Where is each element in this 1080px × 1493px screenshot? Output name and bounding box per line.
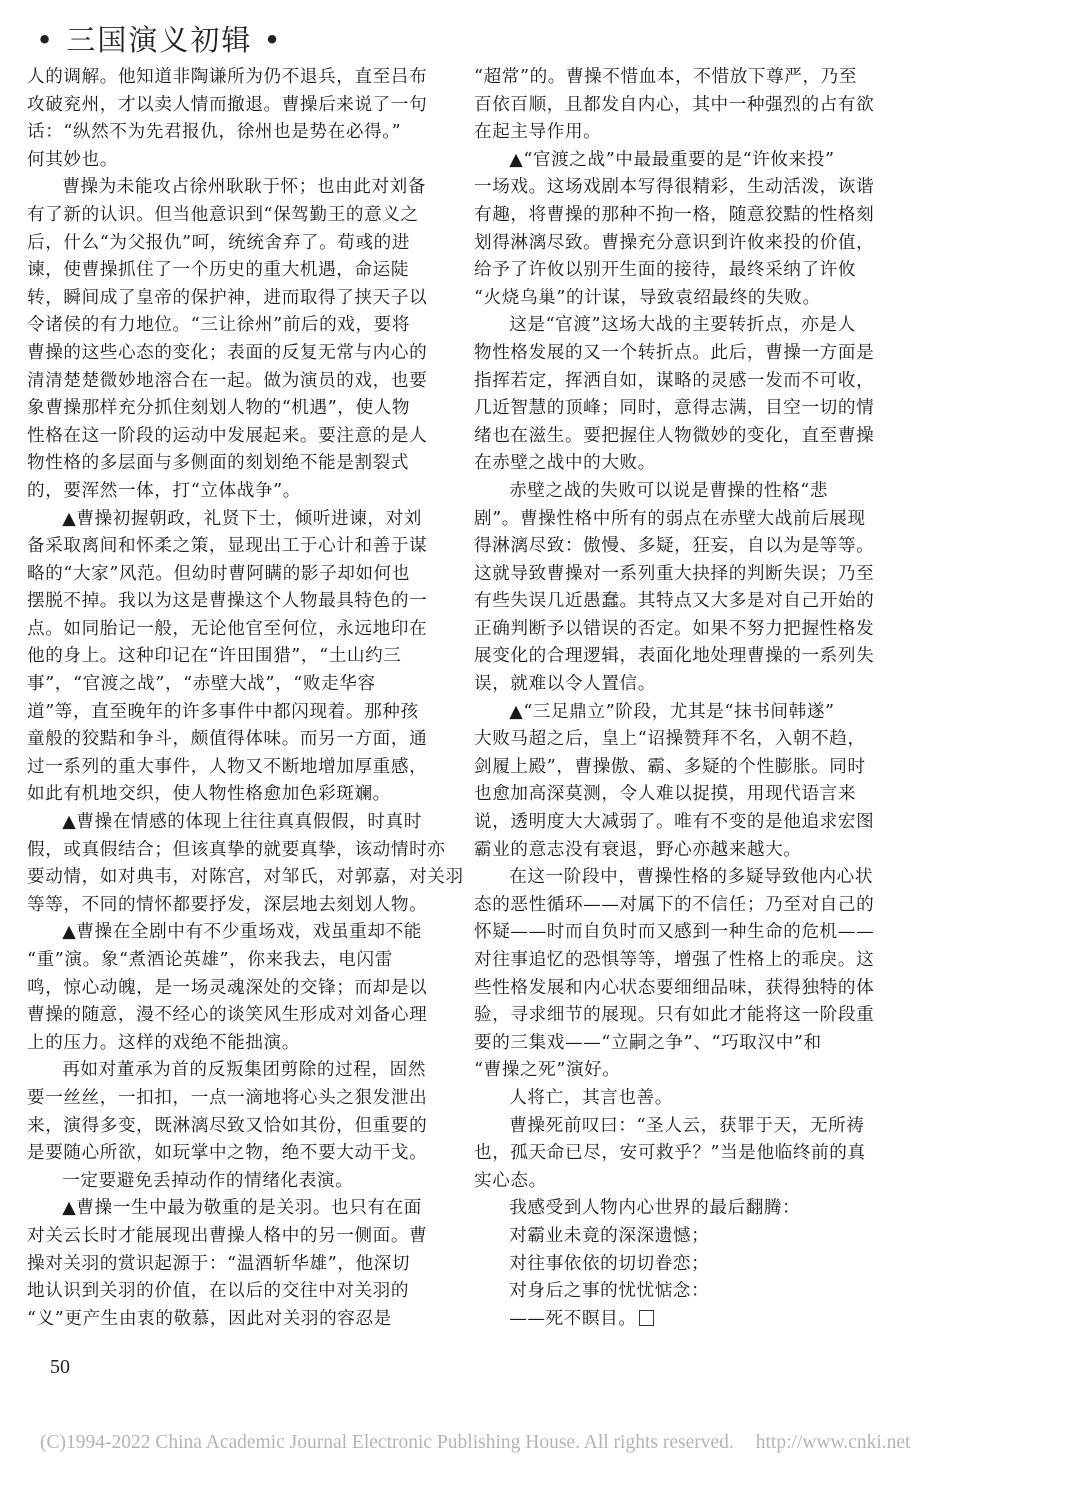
paragraph: ▲曹操初握朝政，礼贤下士，倾听进谏，对刘备采取离间和怀柔之策，显现出工于心计和善… [27,506,437,810]
text-line: 是要随心所欲，如玩掌中之物，绝不要大动干戈。 [27,1140,437,1168]
text-line: 对关云长时才能展现出曹操人格中的另一侧面。曹 [27,1223,437,1251]
page-number: 50 [50,1356,70,1379]
text-line: 这是“官渡”这场大战的主要转折点，亦是人 [474,312,879,340]
text-line: 地认识到关羽的价值，在以后的交往中对关羽的 [27,1278,437,1306]
text-line: 有趣，将曹操的那种不拘一格，随意狡黠的性格刻 [474,202,879,230]
right-column: “超常”的。曹操不惜血本，不惜放下尊严，乃至百依百顺，且都发自内心，其中一种强烈… [474,64,879,1333]
cnki-url[interactable]: http://www.cnki.net [756,1432,911,1453]
text-line: 展变化的合理逻辑，表面化地处理曹操的一系列失 [474,643,879,671]
text-line: 要一丝丝，一扣扣，一点一滴地将心头之狠发泄出 [27,1085,437,1113]
text-line: 话：“纵然不为先君报仇，徐州也是势在必得。” [27,119,437,147]
text-line: 曹操为未能攻占徐州耿耿于怀；也由此对刘备 [27,174,437,202]
text-line: “曹操之死”演好。 [474,1057,879,1085]
text-line: 清清楚楚微妙地溶合在一起。做为演员的戏，也要 [27,368,437,396]
text-line: “义”更产生由衷的敬慕，因此对关羽的容忍是 [27,1306,437,1334]
text-line: 也，孤天命已尽，安可救乎？”当是他临终前的真 [474,1140,879,1168]
text-line: 对往事依依的切切眷恋； [474,1251,879,1279]
paragraph: 在这一阶段中，曹操性格的多疑导致他内心状态的恶性循环——对属下的不信任；乃至对自… [474,864,879,1085]
text-line: 备采取离间和怀柔之策，显现出工于心计和善于谋 [27,533,437,561]
paragraph: ——死不瞑目。 [474,1306,879,1334]
paragraph: ▲曹操在全剧中有不少重场戏，戏虽重却不能“重”演。象“煮酒论英雄”，你来我去，电… [27,919,437,1057]
text-line: 童般的狡黠和争斗，颇值得体味。而另一方面，通 [27,726,437,754]
text-line: 物性格的多层面与多侧面的刻划绝不能是割裂式 [27,450,437,478]
paragraph: 对身后之事的忧忧惦念： [474,1278,879,1306]
text-line: 要的三集戏——“立嗣之争”、“巧取汉中”和 [474,1030,879,1058]
paragraph: ▲“三足鼎立”阶段，尤其是“抹书间韩遂”大败马超之后，皇上“诏操赞拜不名，入朝不… [474,699,879,865]
text-line: 说，透明度大大减弱了。唯有不变的是他追求宏图 [474,809,879,837]
text-line: 何其妙也。 [27,147,437,175]
text-line: 对霸业未竟的深深遗憾； [474,1223,879,1251]
paragraph: ▲曹操在情感的体现上往往真真假假，时真时假，或真假结合；但该真挚的就要真挚，该动… [27,809,437,919]
text-line: 实心态。 [474,1168,879,1196]
text-line: 略的“大家”风范。但幼时曹阿瞒的影子却如何也 [27,561,437,589]
text-line: 绪也在滋生。要把握住人物微妙的变化，直至曹操 [474,423,879,451]
paragraph: “超常”的。曹操不惜血本，不惜放下尊严，乃至百依百顺，且都发自内心，其中一种强烈… [474,64,879,147]
text-line: ▲曹操在全剧中有不少重场戏，戏虽重却不能 [27,919,437,947]
text-line: 人将亡，其言也善。 [474,1085,879,1113]
text-line: 一场戏。这场戏剧本写得很精彩，生动活泼，诙谐 [474,174,879,202]
text-line: 百依百顺，且都发自内心，其中一种强烈的占有欲 [474,92,879,120]
text-line: ▲“三足鼎立”阶段，尤其是“抹书间韩遂” [474,699,879,727]
text-line: 后，什么“为父报仇”呵，统统舍弃了。荀彧的进 [27,230,437,258]
text-line: 过一系列的重大事件，人物又不断地增加厚重感， [27,754,437,782]
paragraph: 这是“官渡”这场大战的主要转折点，亦是人物性格发展的又一个转折点。此后，曹操一方… [474,312,879,478]
text-line: 在起主导作用。 [474,119,879,147]
text-line: ——死不瞑目。 [474,1306,879,1334]
text-line: 假，或真假结合；但该真挚的就要真挚，该动情时亦 [27,837,437,865]
text-line: 人的调解。他知道非陶谦所为仍不退兵，直至吕布 [27,64,437,92]
text-line: 要动情，如对典韦，对陈宫，对邹氏，对郭嘉，对关羽 [27,864,437,892]
text-line: 道”等，直至晚年的许多事件中都闪现着。那种孩 [27,699,437,727]
text-line: 得淋漓尽致：傲慢、多疑，狂妄，自以为是等等。 [474,533,879,561]
text-line: 曹操的这些心态的变化；表面的反复无常与内心的 [27,340,437,368]
text-line: 误，就难以令人置信。 [474,671,879,699]
text-line: 谏，使曹操抓住了一个历史的重大机遇，命运陡 [27,257,437,285]
text-line: 的，要浑然一体，打“立体战争”。 [27,478,437,506]
text-line: 摆脱不掉。我以为这是曹操这个人物最具特色的一 [27,588,437,616]
text-line: 象曹操那样充分抓住刻划人物的“机遇”，使人物 [27,395,437,423]
text-line: 态的恶性循环——对属下的不信任；乃至对自己的 [474,892,879,920]
text-line: 等等，不同的情怀都要抒发，深层地去刻划人物。 [27,892,437,920]
text-line: “超常”的。曹操不惜血本，不惜放下尊严，乃至 [474,64,879,92]
text-line: 些性格发展和内心状态要细细品味，获得独特的体 [474,975,879,1003]
text-line: ▲曹操初握朝政，礼贤下士，倾听进谏，对刘 [27,506,437,534]
text-line: 有些失误几近愚蠢。其特点又大多是对自己开始的 [474,588,879,616]
end-of-article-mark-icon [639,1310,654,1326]
text-line: 一定要避免丢掉动作的情绪化表演。 [27,1168,437,1196]
paragraph: 曹操死前叹曰：“圣人云，获罪于天，无所祷也，孤天命已尽，安可救乎？”当是他临终前… [474,1113,879,1196]
text-line: 事”，“官渡之战”，“赤壁大战”，“败走华容 [27,671,437,699]
paragraph: 对霸业未竟的深深遗憾； [474,1223,879,1251]
paragraph: ▲“官渡之战”中最最重要的是“许攸来投”一场戏。这场戏剧本写得很精彩，生动活泼，… [474,147,879,313]
paragraph: 人将亡，其言也善。 [474,1085,879,1113]
paragraph: ▲曹操一生中最为敬重的是关羽。也只有在面对关云长时才能展现出曹操人格中的另一侧面… [27,1195,437,1333]
text-line: 大败马超之后，皇上“诏操赞拜不名，入朝不趋， [474,726,879,754]
text-line: 物性格发展的又一个转折点。此后，曹操一方面是 [474,340,879,368]
text-line: 我感受到人物内心世界的最后翻腾： [474,1195,879,1223]
text-line: 给予了许攸以别开生面的接待，最终采纳了许攸 [474,257,879,285]
text-line: 攻破兖州，才以卖人情而撤退。曹操后来说了一句 [27,92,437,120]
text-line: 令诸侯的有力地位。“三让徐州”前后的戏，要将 [27,312,437,340]
paragraph: 曹操为未能攻占徐州耿耿于怀；也由此对刘备有了新的认识。但当他意识到“保驾勤王的意… [27,174,437,505]
paragraph: 赤壁之战的失败可以说是曹操的性格“悲剧”。曹操性格中所有的弱点在赤壁大战前后展现… [474,478,879,699]
text-line: 正确判断予以错误的否定。如果不努力把握性格发 [474,616,879,644]
paragraph: 一定要避免丢掉动作的情绪化表演。 [27,1168,437,1196]
text-line: ▲“官渡之战”中最最重要的是“许攸来投” [474,147,879,175]
text-line: 在这一阶段中，曹操性格的多疑导致他内心状 [474,864,879,892]
text-line: 剑履上殿”，曹操傲、霸、多疑的个性膨胀。同时 [474,754,879,782]
text-line: 剧”。曹操性格中所有的弱点在赤壁大战前后展现 [474,506,879,534]
text-line: 再如对董承为首的反叛集团剪除的过程，固然 [27,1057,437,1085]
text-line: 在赤壁之战中的大败。 [474,450,879,478]
paragraph: 人的调解。他知道非陶谦所为仍不退兵，直至吕布攻破兖州，才以卖人情而撤退。曹操后来… [27,64,437,174]
text-line: 性格在这一阶段的运动中发展起来。要注意的是人 [27,423,437,451]
text-line: 对往事追忆的恐惧等等，增强了性格上的乖戾。这 [474,947,879,975]
text-line: 也愈加高深莫测，令人难以捉摸，用现代语言来 [474,781,879,809]
left-column: 人的调解。他知道非陶谦所为仍不退兵，直至吕布攻破兖州，才以卖人情而撤退。曹操后来… [27,64,437,1333]
paragraph: 再如对董承为首的反叛集团剪除的过程，固然要一丝丝，一扣扣，一点一滴地将心头之狠发… [27,1057,437,1167]
text-line: 曹操的随意，漫不经心的谈笑风生形成对刘备心理 [27,1002,437,1030]
text-line: ▲曹操一生中最为敬重的是关羽。也只有在面 [27,1195,437,1223]
text-line: 点。如同胎记一般，无论他官至何位，永远地印在 [27,616,437,644]
text-line: 操对关羽的赏识起源于：“温酒斩华雄”，他深切 [27,1251,437,1279]
text-line: 鸣，惊心动魄，是一场灵魂深处的交锋；而却是以 [27,975,437,1003]
text-line: 怀疑——时而自负时而又感到一种生命的危机—— [474,919,879,947]
text-line: 来，演得多变，既淋漓尽致又恰如其份，但重要的 [27,1113,437,1141]
text-line: 几近智慧的顶峰；同时，意得志满，目空一切的情 [474,395,879,423]
text-line: 划得淋漓尽致。曹操充分意识到许攸来投的价值， [474,230,879,258]
paragraph: 我感受到人物内心世界的最后翻腾： [474,1195,879,1223]
text-line: “重”演。象“煮酒论英雄”，你来我去，电闪雷 [27,947,437,975]
text-line: 这就导致曹操对一系列重大抉择的判断失误；乃至 [474,561,879,589]
text-line: 他的身上。这种印记在“许田围猎”，“土山约三 [27,643,437,671]
text-line: 转，瞬间成了皇帝的保护神，进而取得了挟天子以 [27,285,437,313]
text-line: 曹操死前叹曰：“圣人云，获罪于天，无所祷 [474,1113,879,1141]
text-line: 如此有机地交织，使人物性格愈加色彩斑斓。 [27,781,437,809]
text-line: 验，寻求细节的展现。只有如此才能将这一阶段重 [474,1002,879,1030]
text-line: 霸业的意志没有衰退，野心亦越来越大。 [474,837,879,865]
text-line: 有了新的认识。但当他意识到“保驾勤王的意义之 [27,202,437,230]
copyright-text: (C)1994-2022 China Academic Journal Elec… [40,1432,734,1453]
text-line: 指挥若定，挥洒自如，谋略的灵感一发而不可收， [474,368,879,396]
text-line: 上的压力。这样的戏绝不能拙演。 [27,1030,437,1058]
running-title: • 三国演义初辑 • [36,18,283,59]
copyright-footer: (C)1994-2022 China Academic Journal Elec… [40,1432,910,1454]
text-line: 对身后之事的忧忧惦念： [474,1278,879,1306]
text-line: ▲曹操在情感的体现上往往真真假假，时真时 [27,809,437,837]
paragraph: 对往事依依的切切眷恋； [474,1251,879,1279]
text-line: 赤壁之战的失败可以说是曹操的性格“悲 [474,478,879,506]
text-line: “火烧乌巢”的计谋，导致袁绍最终的失败。 [474,285,879,313]
